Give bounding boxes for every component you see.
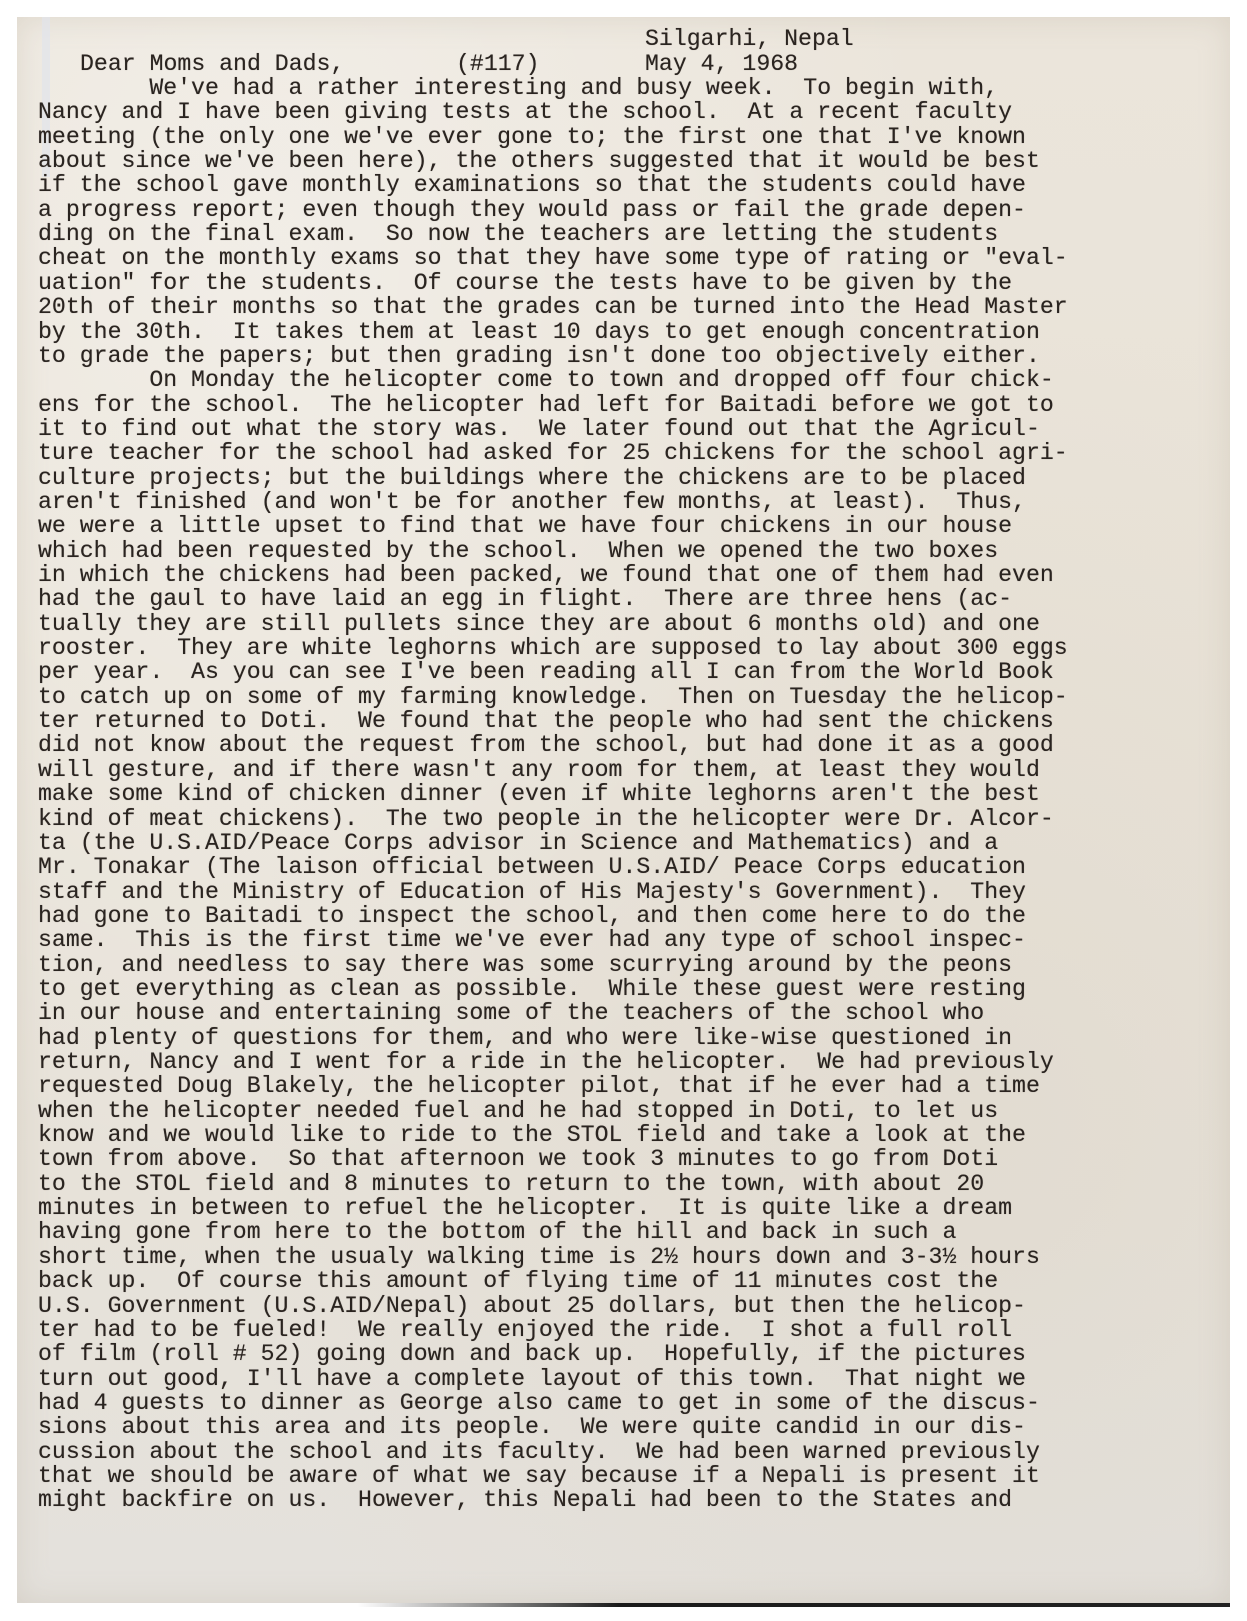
letter-line: if the school gave monthly examinations … [38,173,1026,197]
letter-line: ter returned to Doti. We found that the … [38,709,1054,733]
letter-line: had the gaul to have laid an egg in flig… [38,587,1012,611]
letter-line: to grade the papers; but then grading is… [38,344,1040,368]
letter-page: Silgarhi, Nepal Dear Moms and Dads, (#11… [17,17,1230,1603]
letter-line: 20th of their months so that the grades … [38,295,1068,319]
letter-line: to catch up on some of my farming knowle… [38,685,1068,709]
letter-line: requested Doug Blakely, the helicopter p… [38,1074,1040,1098]
letter-line: will gesture, and if there wasn't any ro… [38,758,1040,782]
letter-line: a progress report; even though they woul… [38,198,1026,222]
letter-line: We've had a rather interesting and busy … [38,76,998,100]
letter-line: tually they are still pullets since they… [38,612,1040,636]
letter-line: of film (roll # 52) going down and back … [38,1342,1026,1366]
letter-line: ter had to be fueled! We really enjoyed … [38,1318,1012,1342]
letter-number: (#117) [456,52,540,76]
letter-line: that we should be aware of what we say b… [38,1464,1040,1488]
letter-line: U.S. Government (U.S.AID/Nepal) about 25… [38,1294,1026,1318]
letter-line: tion, and needless to say there was some… [38,953,1012,977]
letter-line: culture projects; but the buildings wher… [38,466,1026,490]
page-edge-shadow [357,1603,1230,1607]
letter-line: had 4 guests to dinner as George also ca… [38,1391,1040,1415]
letter-line: know and we would like to ride to the ST… [38,1123,1026,1147]
letter-line: return, Nancy and I went for a ride in t… [38,1050,1054,1074]
letter-line: town from above. So that afternoon we to… [38,1147,998,1171]
letter-line: about since we've been here), the others… [38,149,1040,173]
letter-line: we were a little upset to find that we h… [38,514,1012,538]
letter-text: Silgarhi, Nepal Dear Moms and Dads, (#11… [17,17,73,212]
letter-line: uation" for the students. Of course the … [38,271,1012,295]
letter-line: kind of meat chickens). The two people i… [38,807,1054,831]
letter-line: had gone to Baitadi to inspect the schoo… [38,904,1026,928]
letter-line: ture teacher for the school had asked fo… [38,441,1068,465]
letter-line: minutes in between to refuel the helicop… [38,1196,1012,1220]
letter-line: having gone from here to the bottom of t… [38,1220,956,1244]
letter-line: staff and the Ministry of Education of H… [38,880,1026,904]
letter-line: meeting (the only one we've ever gone to… [38,125,1026,149]
letter-line: aren't finished (and won't be for anothe… [38,490,1026,514]
letter-location: Silgarhi, Nepal [645,27,854,51]
letter-line: rooster. They are white leghorns which a… [38,636,1068,660]
letter-salutation: Dear Moms and Dads, [80,52,344,76]
letter-line: turn out good, I'll have a complete layo… [38,1367,1026,1391]
letter-line: On Monday the helicopter come to town an… [38,368,1054,392]
letter-line: ens for the school. The helicopter had l… [38,393,1054,417]
letter-line: back up. Of course this amount of flying… [38,1269,998,1293]
letter-line: same. This is the first time we've ever … [38,928,1026,952]
letter-line: cussion about the school and its faculty… [38,1440,1040,1464]
letter-line: ta (the U.S.AID/Peace Corps advisor in S… [38,831,998,855]
letter-line: in our house and entertaining some of th… [38,1001,984,1025]
letter-line: short time, when the usualy walking time… [38,1245,1040,1269]
letter-line: by the 30th. It takes them at least 10 d… [38,320,1040,344]
letter-line: in which the chickens had been packed, w… [38,563,1054,587]
letter-line: when the helicopter needed fuel and he h… [38,1099,998,1123]
letter-line: to get everything as clean as possible. … [38,977,1026,1001]
letter-line: to the STOL field and 8 minutes to retur… [38,1172,984,1196]
letter-line: Nancy and I have been giving tests at th… [38,100,1012,124]
letter-line: make some kind of chicken dinner (even i… [38,782,1040,806]
letter-line: cheat on the monthly exams so that they … [38,246,1068,270]
letter-line: sions about this area and its people. We… [38,1415,1026,1439]
letter-line: Mr. Tonakar (The laison official between… [38,855,1026,879]
letter-line: per year. As you can see I've been readi… [38,660,1054,684]
letter-line: did not know about the request from the … [38,733,1054,757]
letter-date: May 4, 1968 [645,52,798,76]
letter-line: had plenty of questions for them, and wh… [38,1026,1012,1050]
letter-line: ding on the final exam. So now the teach… [38,222,998,246]
letter-line: might backfire on us. However, this Nepa… [38,1488,1012,1512]
letter-line: it to find out what the story was. We la… [38,417,1040,441]
letter-line: which had been requested by the school. … [38,539,998,563]
